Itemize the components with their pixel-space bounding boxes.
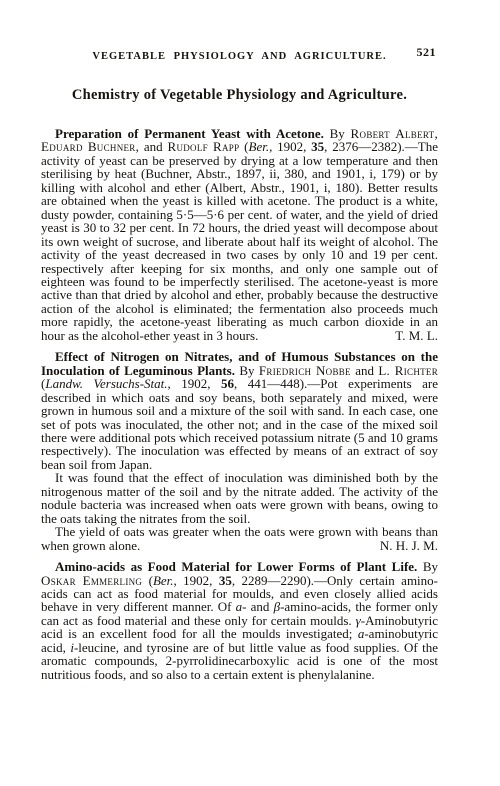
paragraph: Amino-acids as Food Material for Lower F… (41, 560, 438, 681)
document-page: { "header": { "running_head": "VEGETABLE… (0, 0, 500, 786)
paragraph: It was found that the effect of inoculat… (41, 471, 438, 525)
text-segment: , 2376—2382).—The activity of yeast can … (41, 139, 438, 342)
text-segment: It was found that the effect of inoculat… (41, 470, 438, 525)
text-segment: -leucine, and tyrosine are of but little… (41, 640, 438, 682)
page-header: VEGETABLE PHYSIOLOGY AND AGRICULTURE. 52… (41, 46, 438, 64)
abstract-section: Amino-acids as Food Material for Lower F… (41, 560, 438, 681)
page-number: 521 (417, 45, 437, 60)
paragraph: Preparation of Permanent Yeast with Acet… (41, 127, 438, 342)
attribution-initials: N. H. J. M. (380, 539, 438, 552)
attribution-initials: T. M. L. (395, 329, 438, 342)
abstract-section: Effect of Nitrogen on Nitrates, and of H… (41, 350, 438, 552)
text-segment: The yield of oats was greater when the o… (41, 524, 438, 552)
text-segment: , 441—448).—Pot experiments are describe… (41, 376, 438, 472)
page-title: Chemistry of Vegetable Physiology and Ag… (41, 87, 438, 104)
paragraph: The yield of oats was greater when the o… (41, 525, 438, 552)
page-body: Preparation of Permanent Yeast with Acet… (41, 127, 438, 681)
paragraph: Effect of Nitrogen on Nitrates, and of H… (41, 350, 438, 471)
abstract-section: Preparation of Permanent Yeast with Acet… (41, 127, 438, 342)
running-head: VEGETABLE PHYSIOLOGY AND AGRICULTURE. (92, 51, 386, 62)
